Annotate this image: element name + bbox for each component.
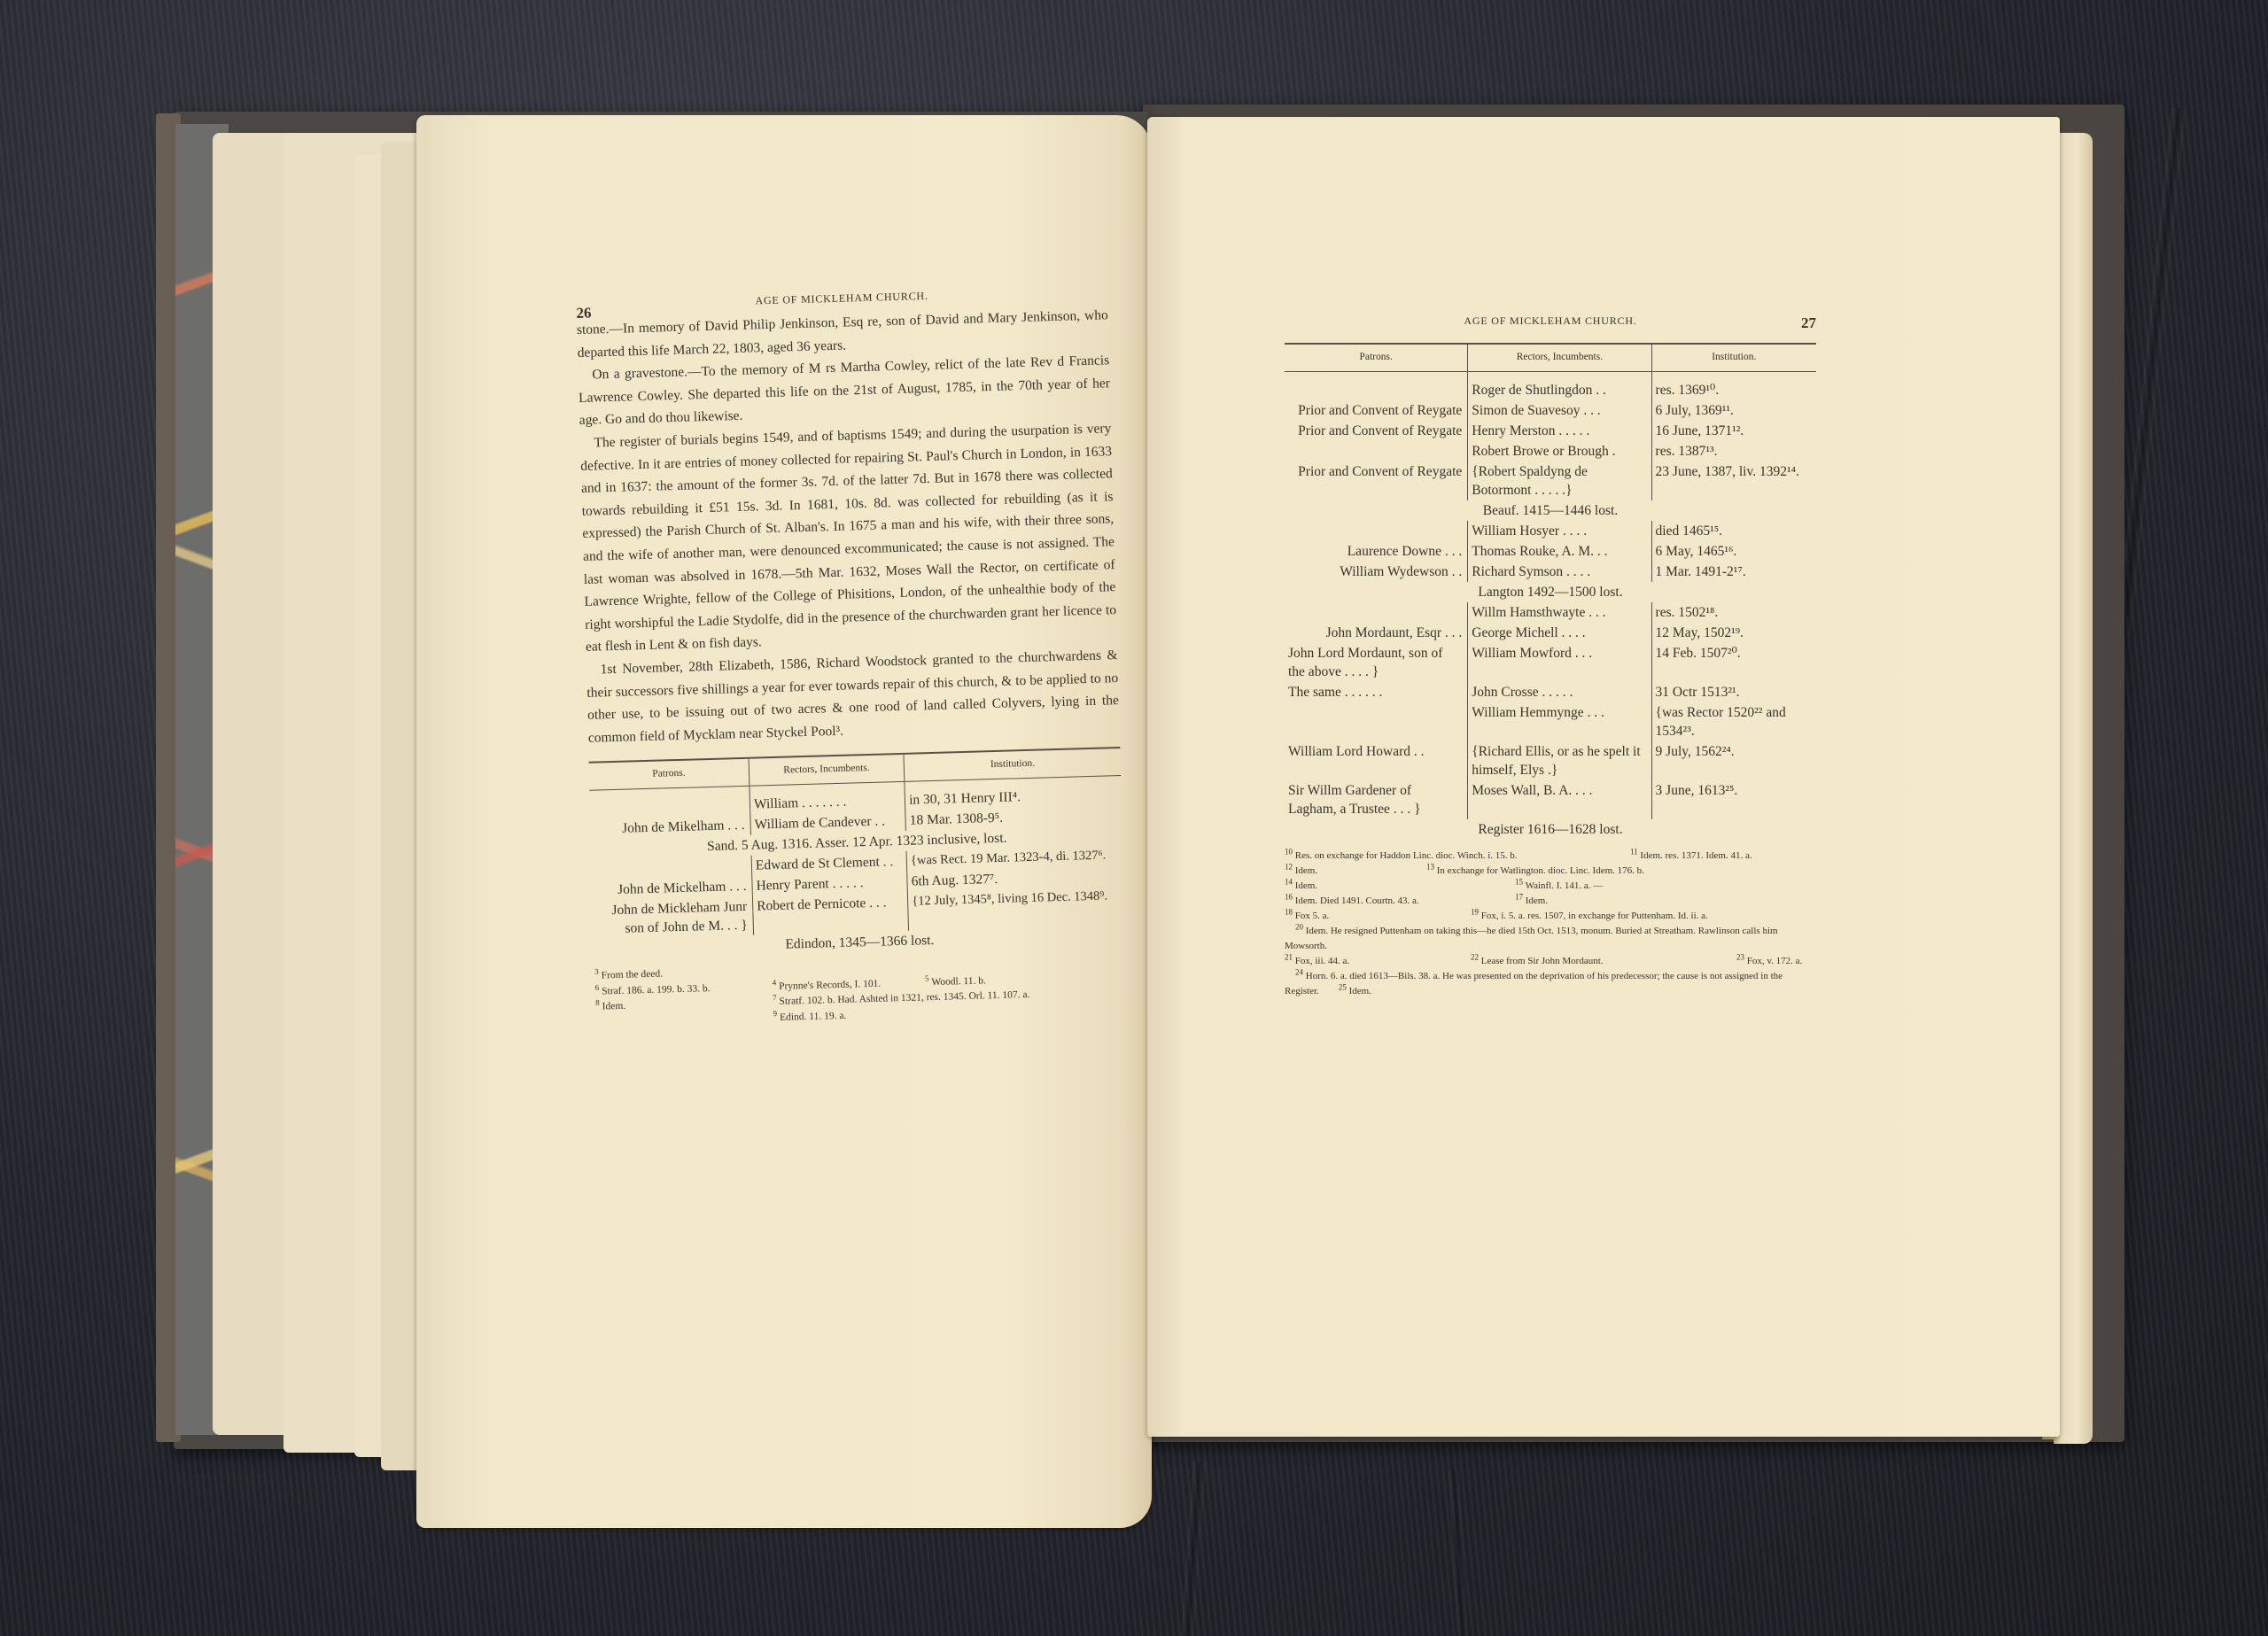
footnote: 18 Fox 5. a. [1285,909,1462,924]
table-row: Sir Willm Gardener of Lagham, a Trustee … [1285,780,1816,819]
cloth-fold [2117,107,2186,637]
column-header-patrons: Patrons. [1285,344,1468,372]
footnote: 13 In exchange for Watlington. dioc. Lin… [1426,864,1644,879]
footnote: 22 Lease from Sir John Mordaunt. [1471,954,1683,969]
footnote: 15 Wainfl. I. 141. a. — [1515,879,1603,894]
footnote: 23 Fox, v. 172. a. [1736,954,1802,969]
running-head: AGE OF MICKLEHAM CHURCH. [1285,314,1816,328]
table-row: Laurence Downe . . .Thomas Rouke, A. M. … [1285,541,1816,562]
footnote: 10 Res. on exchange for Haddon Linc. dio… [1285,849,1621,864]
table-row: Prior and Convent of ReygateHenry Mersto… [1285,421,1816,441]
footnote: 24 Horn. 6. a. died 1613—Bils. 38. a. He… [1285,969,1816,999]
column-header-patrons: Patrons. [589,758,750,791]
lost-register-note: Beauf. 1415—1446 lost. [1285,500,1816,521]
paragraph: The register of burials begins 1549, and… [579,417,1117,659]
table-row: Roger de Shutlingdon . .res. 1369¹⁰. [1285,372,1816,401]
cloth-fold [1181,1462,1206,1636]
right-page-content: AGE OF MICKLEHAM CHURCH. 27 Patrons. Rec… [1285,314,1816,999]
table-row: John Mordaunt, Esqr . . .George Michell … [1285,623,1816,643]
table-row: Prior and Convent of Reygate{Robert Spal… [1285,461,1816,500]
footnote: 5 Woodl. 11. b. [925,973,986,990]
lost-register-note: Register 1616—1628 lost. [1285,819,1816,840]
table-row: William Hemmynge . . .{was Rector 1520²²… [1285,702,1816,741]
left-page-content: 26 AGE OF MICKLEHAM CHURCH. stone.—In me… [576,284,1128,1031]
footnote: 9 Edind. 11. 19. a. [773,1009,847,1027]
footnote: 11 Idem. res. 1371. Idem. 41. a. [1630,849,1752,864]
cloth-fold [1449,1470,1468,1636]
rectors-table: Patrons. Rectors, Incumbents. Institutio… [1285,343,1816,840]
page-number: 27 [1801,314,1816,332]
table-row: William Hosyer . . . .died 1465¹⁵. [1285,521,1816,541]
column-header-rectors: Rectors, Incumbents. [749,754,905,786]
footnotes: 10 Res. on exchange for Haddon Linc. dio… [1285,849,1816,999]
table-row: William Wydewson . .Richard Symson . . .… [1285,562,1816,582]
page-number: 26 [576,305,592,322]
table-row: Willm Hamsthwayte . . .res. 1502¹⁸. [1285,602,1816,623]
table-row: William Lord Howard . .{Richard Ellis, o… [1285,741,1816,780]
paragraph: 1st November, 28th Elizabeth, 1586, Rich… [586,644,1120,749]
table-row: Prior and Convent of ReygateSimon de Sua… [1285,400,1816,421]
footnote: 21 Fox, iii. 44. a. [1285,954,1462,969]
column-header-institution: Institution. [1651,344,1816,372]
lost-register-note: Langton 1492—1500 lost. [1285,582,1816,602]
table-row: The same . . . . . .John Crosse . . . . … [1285,682,1816,702]
table-row: Robert Browe or Brough .res. 1387¹³. [1285,441,1816,461]
column-header-rectors: Rectors, Incumbents. [1468,344,1651,372]
table-row: John Lord Mordaunt, son of the above . .… [1285,643,1816,682]
footnote: 19 Fox, i. 5. a. res. 1507, in exchange … [1471,909,1708,924]
footnote: 14 Idem. [1285,879,1506,894]
footnote: 12 Idem. [1285,864,1417,879]
footnote: 17 Idem. [1515,894,1548,909]
footnote: 20 Idem. He resigned Puttenham on taking… [1285,924,1816,954]
rectors-table: Patrons. Rectors, Incumbents. Institutio… [589,747,1126,960]
